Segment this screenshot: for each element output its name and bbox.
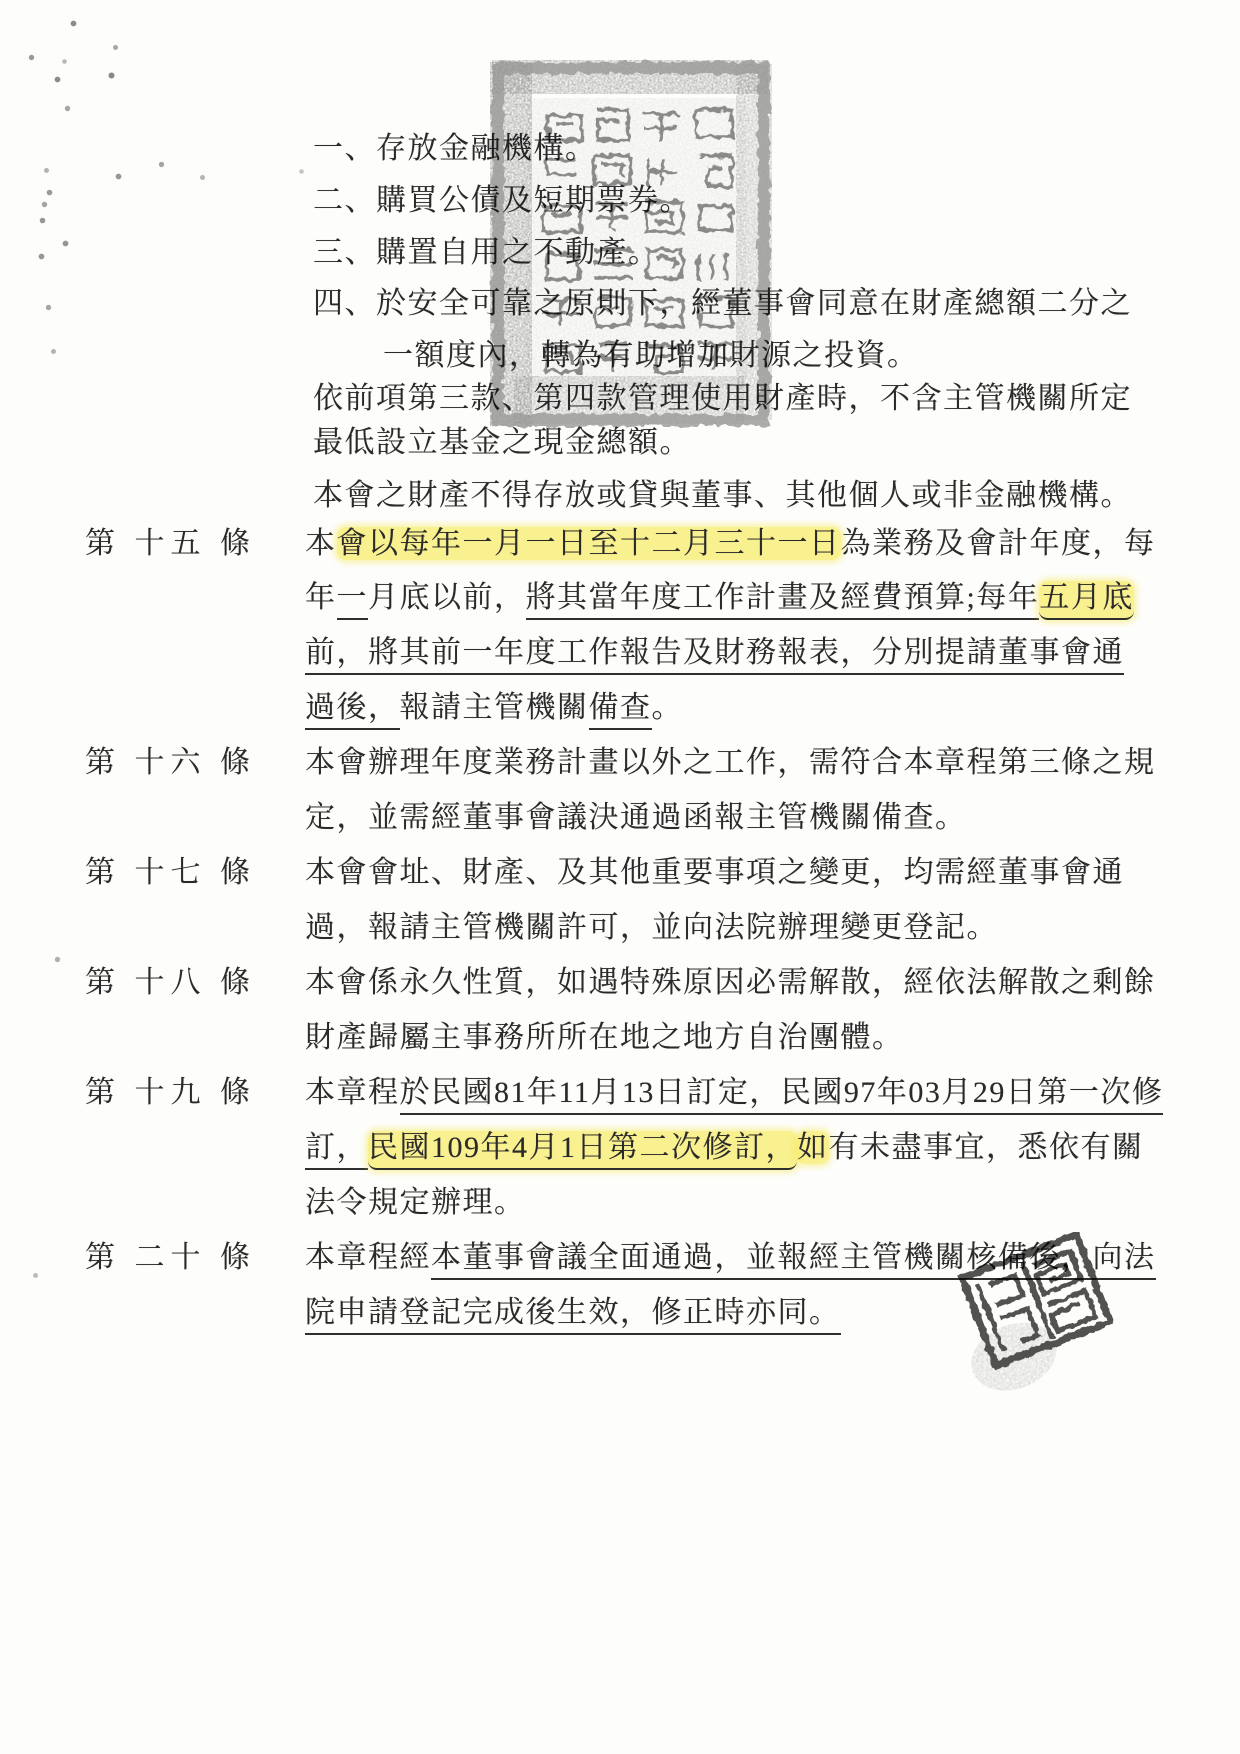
article-17-line-2: 過，報請主管機關許可，並向法院辦理變更登記。 [305, 907, 998, 949]
text-segment: 本章程 [305, 1076, 400, 1109]
article-20-number: 第 二十 條 [85, 1237, 256, 1279]
scan-noise-specks [0, 0, 3, 3]
underlined-text: 於民國81年11月13日訂定，民國97年03月29日第一次修 [400, 1076, 1164, 1115]
article-20-line-2: 院申請登記完成後生效，修正時亦同。 [305, 1292, 841, 1334]
article-17-number: 第 十七 條 [85, 852, 256, 894]
paragraph-provision-2: 本會之財產不得存放或貸與董事、其他個人或非金融機構。 [313, 475, 1132, 517]
article-15-line-2: 年一月底以前，將其當年度工作計畫及經費預算;每年五月底 [305, 577, 1134, 619]
article-18-line-1: 本會係永久性質，如遇特殊原因必需解散，經依法解散之剩餘 [305, 962, 1156, 1004]
underlined-text: 備查 [589, 691, 652, 730]
paragraph-provision-1: 依前項第三款、第四款管理使用財產時，不含主管機關所定 [313, 378, 1132, 420]
highlighted-text: 會以每年一月一日至十二月三十一日 [337, 527, 841, 560]
article-17-line-1: 本會會址、財產、及其他重要事項之變更，均需經董事會通 [305, 852, 1124, 894]
list-item-1: 一、存放金融機構。 [313, 128, 597, 170]
text-segment: 有未盡事宜，悉依有關 [829, 1131, 1144, 1164]
article-19-line-1: 本章程於民國81年11月13日訂定，民國97年03月29日第一次修 [305, 1072, 1163, 1114]
list-item-2: 二、購買公債及短期票券。 [313, 180, 691, 222]
text-segment: 本章程經 [305, 1241, 431, 1274]
underlined-text: 前，將其前一年度工作報告及財務報表，分別提請董事會通 [305, 636, 1124, 675]
text-segment: 年 [305, 581, 337, 614]
article-16-line-2: 定，並需經董事會議決通過函報主管機關備查。 [305, 797, 967, 839]
text-segment: 為業務及會計年度，每 [841, 527, 1156, 560]
underlined-text: 將其當年度工作計畫及經費預算;每年 [526, 581, 1040, 620]
article-20-line-1: 本章程經本董事會議全面通過，並報經主管機關核備後，向法 [305, 1237, 1156, 1279]
article-19-number: 第 十九 條 [85, 1072, 256, 1114]
list-item-3: 三、購置自用之不動產。 [313, 232, 660, 274]
underlined-text: 過後， [305, 691, 400, 730]
article-16-line-1: 本會辦理年度業務計畫以外之工作，需符合本章程第三條之規 [305, 742, 1156, 784]
underlined-text: 本董事會議全面通過，並報經主管機關核備後，向法 [431, 1241, 1156, 1280]
highlighted-underlined-text: 五月底 [1039, 581, 1134, 620]
article-15-line-1: 本會以每年一月一日至十二月三十一日為業務及會計年度，每 [305, 523, 1156, 565]
article-15-line-3: 前，將其前一年度工作報告及財務報表，分別提請董事會通 [305, 632, 1124, 674]
underlined-text: 訂， [305, 1131, 368, 1170]
article-19-line-3: 法令規定辦理。 [305, 1182, 526, 1224]
highlighted-underlined-text: 民國109年4月1日第二次修訂， [368, 1131, 797, 1170]
underlined-text: 一 [337, 581, 369, 620]
article-18-number: 第 十八 條 [85, 962, 256, 1004]
text-segment: 報請主管機關 [400, 691, 589, 724]
paragraph-provision-1-cont: 最低設立基金之現金總額。 [313, 422, 691, 464]
article-15-number: 第 十五 條 [85, 523, 256, 565]
article-18-line-2: 財產歸屬主事務所所在地之地方自治團體。 [305, 1017, 904, 1059]
text-segment: 本 [305, 527, 337, 560]
text-segment: 月底以前， [368, 581, 526, 614]
highlighted-text: 如 [797, 1131, 829, 1164]
article-15-line-4: 過後，報請主管機關備查。 [305, 687, 683, 729]
scanned-document-page: 一、存放金融機構。 二、購買公債及短期票券。 三、購置自用之不動產。 四、於安全… [0, 0, 1240, 1754]
list-item-4: 四、於安全可靠之原則下，經董事會同意在財產總額二分之 [313, 283, 1132, 325]
underlined-text: 院申請登記完成後生效，修正時亦同。 [305, 1296, 841, 1335]
text-segment: 。 [652, 691, 684, 724]
article-16-number: 第 十六 條 [85, 742, 256, 784]
list-item-4-cont: 一額度內，轉為有助增加財源之投資。 [383, 335, 919, 377]
article-19-line-2: 訂，民國109年4月1日第二次修訂，如有未盡事宜，悉依有關 [305, 1127, 1144, 1169]
